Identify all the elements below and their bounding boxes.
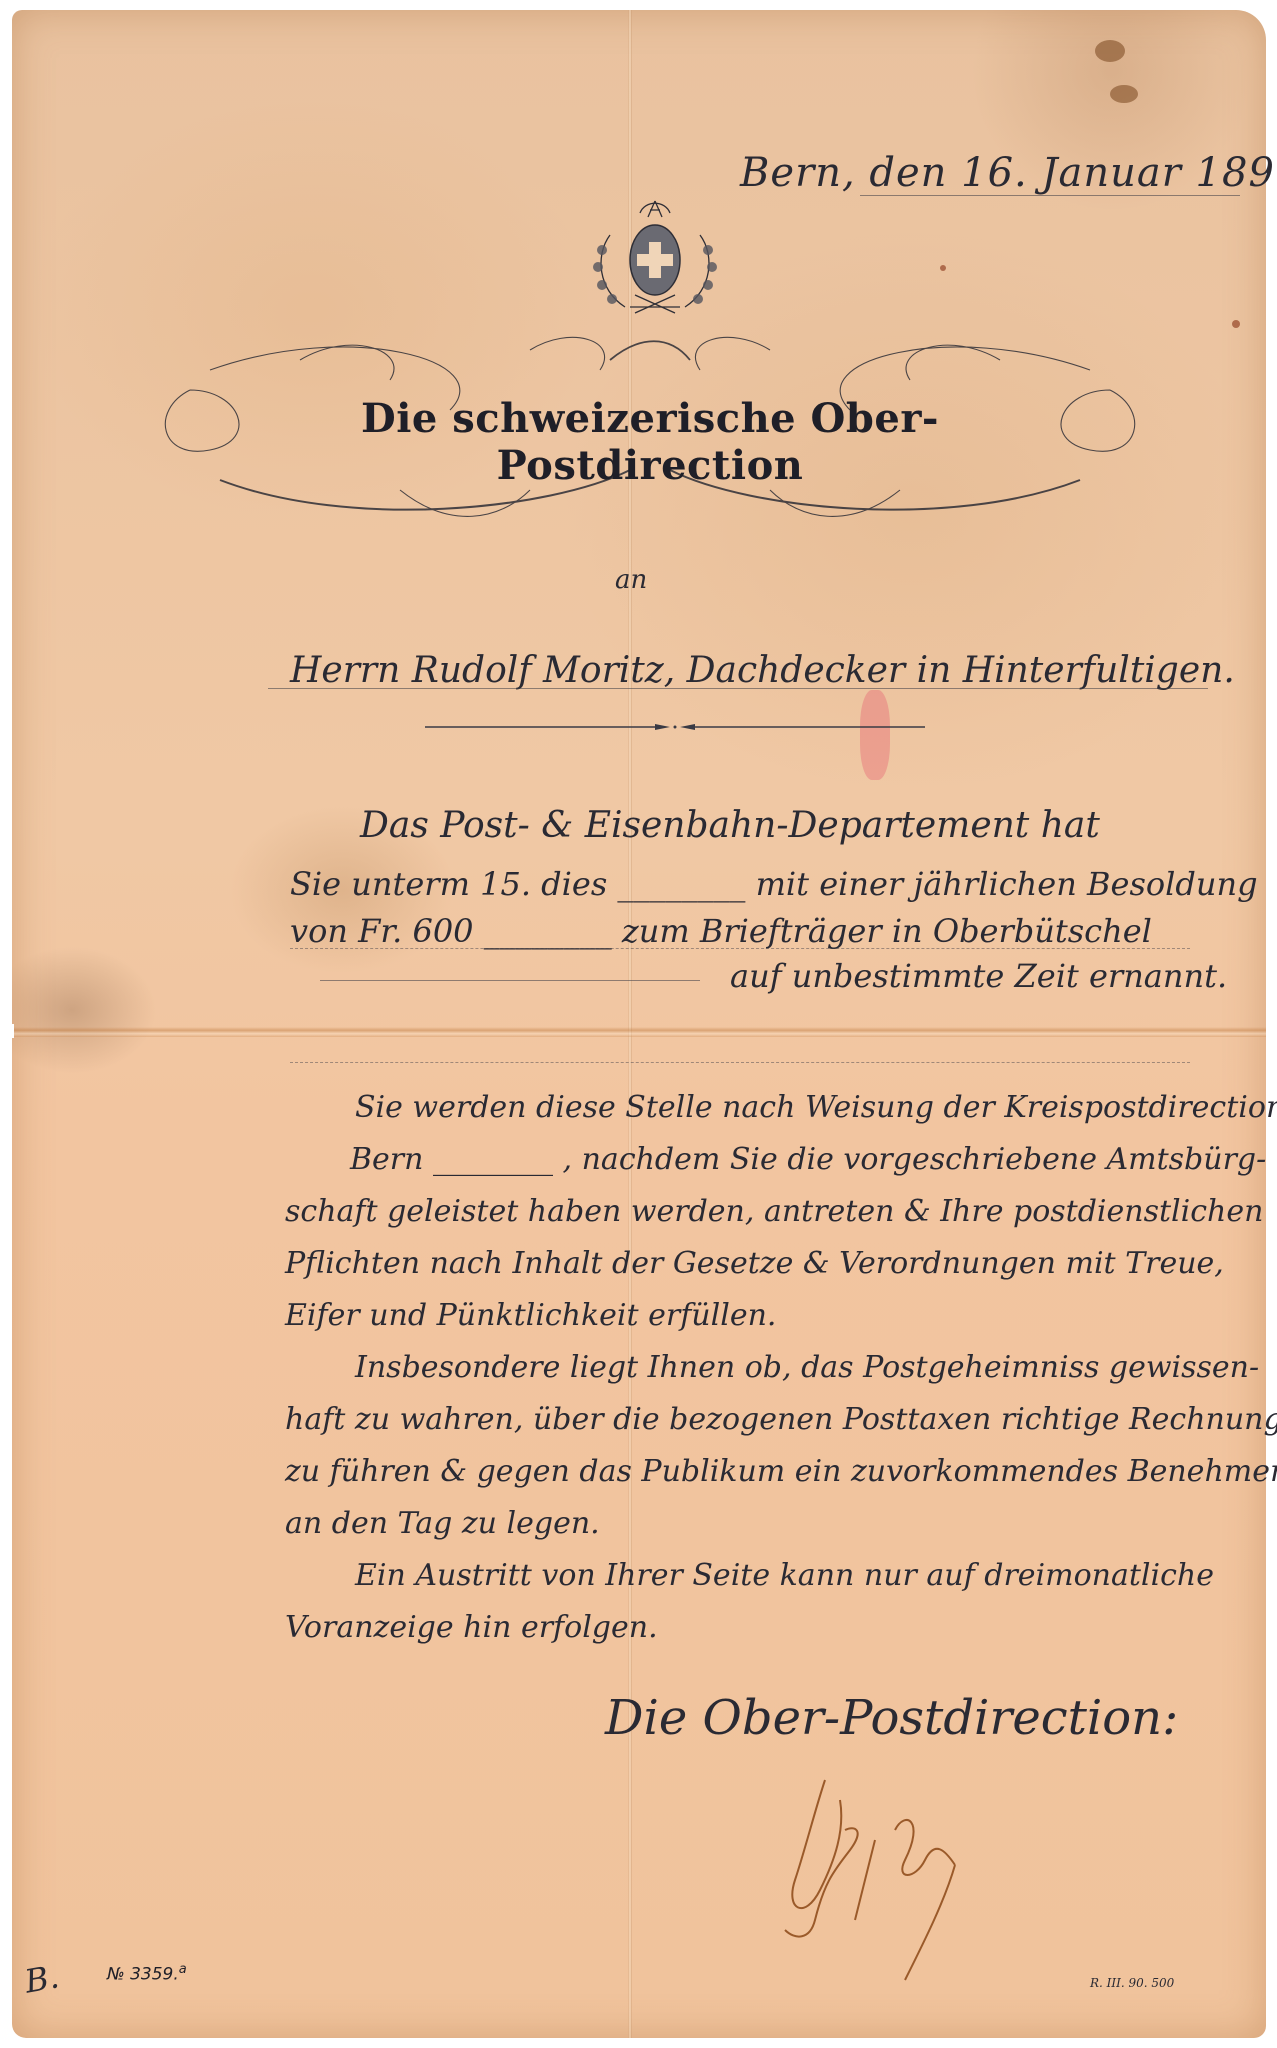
to-word: an [615,565,647,595]
body-line: Bern ________ , nachdem Sie die vorgesch… [350,1142,1266,1177]
stain [1110,85,1138,103]
stain [1232,320,1240,328]
fold-tear [0,1024,14,1038]
horizontal-fold [12,1027,1266,1037]
document-number-suffix: a [179,1962,187,1977]
place-date: Bern, den 16. Januar 1891. [740,150,1277,196]
appointment-line-4: auf unbestimmte Zeit ernannt. [730,957,1227,995]
body-line: Voranzeige hin erfolgen. [285,1610,658,1645]
body-line: haft zu wahren, über die bezogenen Postt… [285,1402,1277,1437]
form-line [320,980,700,981]
divider-ornament [425,722,925,732]
document-number-label: № 3359. [107,1965,179,1985]
form-line [290,1062,1190,1063]
body-line: Ein Austritt von Ihrer Seite kann nur au… [355,1558,1214,1593]
body-line: Sie werden diese Stelle nach Weisung der… [355,1090,1277,1125]
appointment-line-3: von Fr. 600 ________ zum Briefträger in … [290,912,1152,950]
stain [940,265,946,271]
closing-title: Die Ober-Postdirection: [605,1690,1178,1746]
date-underline [860,195,1240,196]
body-line: zu führen & gegen das Publikum ein zuvor… [285,1454,1277,1489]
stain [1095,40,1125,62]
handwritten-signature [755,1770,995,1990]
printer-mark: R. III. 90. 500 [1090,1976,1174,1990]
heading-title: Die schweizerische Ober-Postdirection [270,395,1030,489]
body-line: Insbesondere liegt Ihnen ob, das Postgeh… [355,1350,1259,1385]
corner-mark: B. [22,1957,62,2000]
appointment-line-1: Das Post- & Eisenbahn-Departement hat [360,805,1100,846]
appointment-line-2: Sie unterm 15. dies ________ mit einer j… [290,865,1258,903]
form-line [290,948,1190,949]
addressee-underline [268,688,1208,689]
body-line: schaft geleistet haben werden, antreten … [285,1194,1263,1229]
swiss-cross-coat-of-arms-icon [580,195,730,320]
document-number: № 3359.a [107,1962,187,1985]
addressee: Herrn Rudolf Moritz, Dachdecker in Hinte… [290,650,1235,691]
red-stain [860,690,890,780]
body-line: Eifer und Pünktlichkeit erfüllen. [285,1298,776,1333]
body-line: an den Tag zu legen. [285,1506,600,1541]
heading-flourish: Die schweizerische Ober-Postdirection [150,330,1150,530]
body-line: Pflichten nach Inhalt der Gesetze & Vero… [285,1246,1224,1281]
